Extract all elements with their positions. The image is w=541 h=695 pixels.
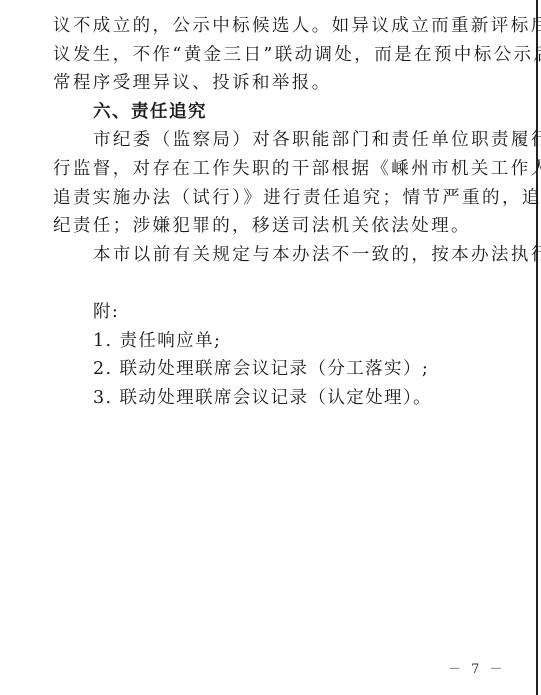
closing-paragraph: 本市以前有关规定与本办法不一致的，按本办法执行。 bbox=[53, 241, 499, 270]
section-heading: 六、责任追究 bbox=[53, 98, 499, 127]
spacer bbox=[53, 269, 499, 298]
text-line: 纪责任；涉嫌犯罪的，移送司法机关依法处理。 bbox=[53, 212, 499, 241]
text-line: 追责实施办法（试行）》进行责任追究；情节严重的，追究党政 bbox=[53, 184, 499, 213]
text-line: 市纪委（监察局）对各职能部门和责任单位职责履行情况进 bbox=[53, 126, 499, 155]
text-line: 议不成立的，公示中标候选人。如异议成立而重新评标后仍有异 bbox=[53, 12, 499, 41]
annex-item: 2. 联动处理联席会议记录（分工落实）; bbox=[53, 355, 499, 384]
document-body: 议不成立的，公示中标候选人。如异议成立而重新评标后仍有异 议发生，不作“黄金三日… bbox=[53, 12, 499, 412]
text-line: 常程序受理异议、投诉和举报。 bbox=[53, 69, 499, 98]
annex-list: 附: 1. 责任响应单; 2. 联动处理联席会议记录（分工落实）; 3. 联动处… bbox=[53, 298, 499, 412]
annex-item: 3. 联动处理联席会议记录（认定处理）。 bbox=[53, 384, 499, 413]
annex-item: 1. 责任响应单; bbox=[53, 327, 499, 356]
text-line: 议发生，不作“黄金三日”联动调处，而是在预中标公示后按正 bbox=[53, 41, 499, 70]
text-line: 行监督，对存在工作失职的干部根据《嵊州市机关工作人员问责 bbox=[53, 155, 499, 184]
annex-label: 附: bbox=[53, 298, 499, 327]
continued-paragraph: 议不成立的，公示中标候选人。如异议成立而重新评标后仍有异 议发生，不作“黄金三日… bbox=[53, 12, 499, 98]
page-edge-border bbox=[536, 0, 538, 695]
accountability-paragraph: 市纪委（监察局）对各职能部门和责任单位职责履行情况进 行监督，对存在工作失职的干… bbox=[53, 126, 499, 240]
page-number: － 7 － bbox=[448, 658, 506, 677]
